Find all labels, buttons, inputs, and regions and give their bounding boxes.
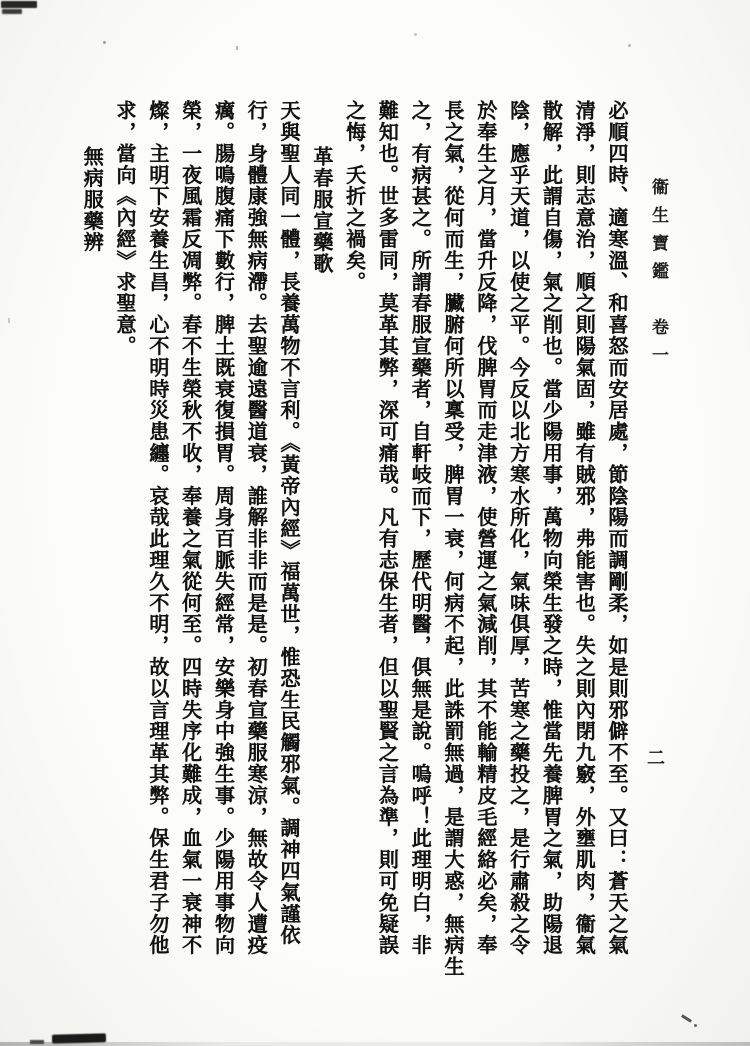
scan-artifact-speck [103,41,106,44]
text-column: 散解，此謂自傷，氣之削也。當少陽用事，萬物向榮生發之時，惟當先養脾胃之氣，助陽退 [534,100,567,960]
scan-artifact-mark [681,1014,692,1022]
page-number: 二 [642,748,668,766]
text-column: 之，有病甚之。所謂春服宣藥者，自軒岐而下，歷代明醫，俱無是說。嗚呼！此理明白，非 [402,100,435,960]
scan-artifact-speck [628,44,631,47]
scan-artifact-ink-streak [52,1033,106,1043]
scan-artifact-corner-smudge [1,1,37,8]
text-column: 天與聖人同一體，長養萬物不言利。《黃帝內經》福萬世，惟恐生民觸邪氣。調神四氣謹依 [271,100,304,960]
text-column: 癘。腸鳴腹痛下數行，脾土既衰復損胃。周身百脈失經常，安樂身中強生事。少陽用事物向 [206,100,239,960]
text-column: 長之氣，從何而生，臟腑何所以稟受，脾胃一衰，何病不起，此誅罰無過，是謂大惑，無病… [435,100,468,960]
section-heading: 無病服藥辨 [74,100,107,960]
text-block: 必順四時、適寒溫、和喜怒而安居處，節陰陽而調剛柔，如是則邪僻不至。又曰：蒼天之氣… [74,100,632,960]
book-page: 衞生寶鑑 卷一 二 必順四時、適寒溫、和喜怒而安居處，節陰陽而調剛柔，如是則邪僻… [0,0,750,1046]
scan-artifact-dot [694,1024,697,1027]
scan-artifact-page-edge [0,1042,750,1046]
scan-artifact-corner-smudge [2,9,22,14]
text-column: 於奉生之月，當升反降，伐脾胃而走津液，使營運之氣減削，其不能輸精皮毛經絡必矣，奉 [468,100,501,960]
text-column: 清淨，則志意治，順之則陽氣固，雖有賊邪，弗能害也。失之則內閉九竅，外壅肌肉，衞氣 [566,100,599,960]
text-column: 陰，應乎天道，以使之平。今反以北方寒水所化，氣味俱厚，苦寒之藥投之，是行肅殺之令 [501,100,534,960]
text-column: 行，身體康強無病滯。去聖逾遠醫道衰，誰解非非而是是。初春宣藥服寒涼，無故令人遭疫 [238,100,271,960]
scan-artifact-speck [8,318,10,323]
text-column: 難知也。世多雷同，莫革其弊，深可痛哉。凡有志保生者，但以聖賢之言為準，則可免疑誤 [370,100,403,960]
section-heading: 革春服宣藥歌 [304,100,337,960]
margin-book-title: 衞生寶鑑 卷一 [646,178,671,374]
scan-artifact-speck [236,46,238,50]
text-column: 之悔，夭折之禍矣。 [337,100,370,960]
scan-artifact-speck [414,33,417,36]
text-column: 必順四時、適寒溫、和喜怒而安居處，節陰陽而調剛柔，如是則邪僻不至。又曰：蒼天之氣 [599,100,632,960]
scan-artifact-mark [30,1040,44,1044]
text-column: 燦，主明下安養生昌，心不明時災患纏。哀哉此理久不明，故以言理革其弊。保生君子勿他 [140,100,173,960]
text-column: 榮，一夜風霜反凋弊。春不生榮秋不收，奉養之氣從何至。四時失序化難成，血氣一衰神不 [173,100,206,960]
text-column: 求，當向《內經》求聖意。 [107,100,140,960]
